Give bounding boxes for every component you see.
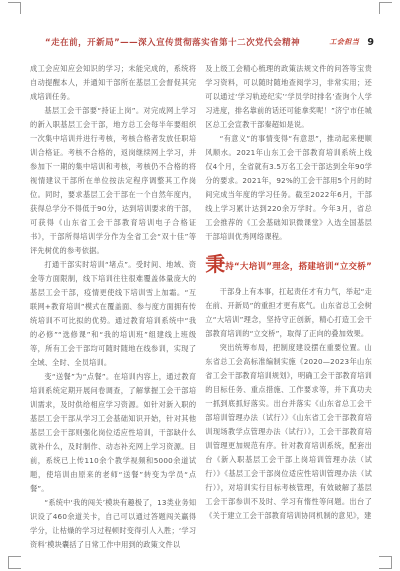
left-column: 成工会应知应会知识的学习；未能完成的，系统将自动提醒本人，并通知干部所在基层工会… <box>30 62 196 545</box>
running-header-right: 工会担当 9 <box>329 37 374 48</box>
section-heading: 秉持“大培训”理念，搭建培训“立交桥” <box>205 253 372 278</box>
running-header: “走在前，开新局”——深入宣传贯彻落实省第十二次党代会精神 工会担当 9 <box>45 36 374 48</box>
paragraph: 及上级工会精心梳理的政策法规文件的问答等宝贵学习资料，可以随时随地查阅学习，非常… <box>205 62 372 132</box>
paragraph: “有意义”的事情变得“有意思”，推动起来便顺风顺水。2021年山东工会干部教育培… <box>205 132 372 244</box>
paragraph: 打通干部实时培训“堵点”。受时间、地域、资金等方面限制，线下培训往往很难覆盖体量… <box>30 258 196 370</box>
crop-mark-top-left <box>8 2 21 14</box>
article-body: 成工会应知应会知识的学习；未能完成的，系统将自动提醒本人，并通知干部所在基层工会… <box>30 62 372 545</box>
running-header-title: “走在前，开新局”——深入宣传贯彻落实省第十二次党代会精神 <box>45 36 300 48</box>
paragraph: “系统中‘我的闯关’模块有趣极了，13类业务知识设了460余道关卡，自己可以通过… <box>30 496 196 552</box>
crop-mark-top-right <box>379 2 392 14</box>
section-heading-dropcap: 秉 <box>205 252 225 276</box>
paragraph: 变“送餐”为“点餐”。在培训内容上，通过教育培训系统定期开展问卷调查，了解掌握工… <box>30 370 196 496</box>
section-heading-text: 持“大培训”理念，搭建培训“立交桥” <box>225 262 372 272</box>
paragraph: 基层工会干部要“持证上岗”。对完成网上学习的新入职基层工会干部，地方总工会每半年… <box>30 104 196 258</box>
crop-mark-bottom-left <box>8 556 21 569</box>
paragraph: 突出统筹布局，把制度建设摆在重要位置。山东省总工会高标准编制实施《2020—20… <box>205 341 372 523</box>
paragraph: 成工会应知应会知识的学习；未能完成的，系统将自动提醒本人，并通知干部所在基层工会… <box>30 62 196 104</box>
page-number: 9 <box>367 37 374 48</box>
masthead-logo: 工会担当 <box>329 37 359 47</box>
paragraph: 干部身上有本事，扛起责任才有力气，举起“走在前、开新局”的重担才更有底气。山东省… <box>205 285 372 341</box>
magazine-page: “走在前，开新局”——深入宣传贯彻落实省第十二次党代会精神 工会担当 9 成工会… <box>0 0 400 571</box>
crop-mark-bottom-right <box>379 556 392 569</box>
right-column: 及上级工会精心梳理的政策法规文件的问答等宝贵学习资料，可以随时随地查阅学习，非常… <box>205 62 372 545</box>
